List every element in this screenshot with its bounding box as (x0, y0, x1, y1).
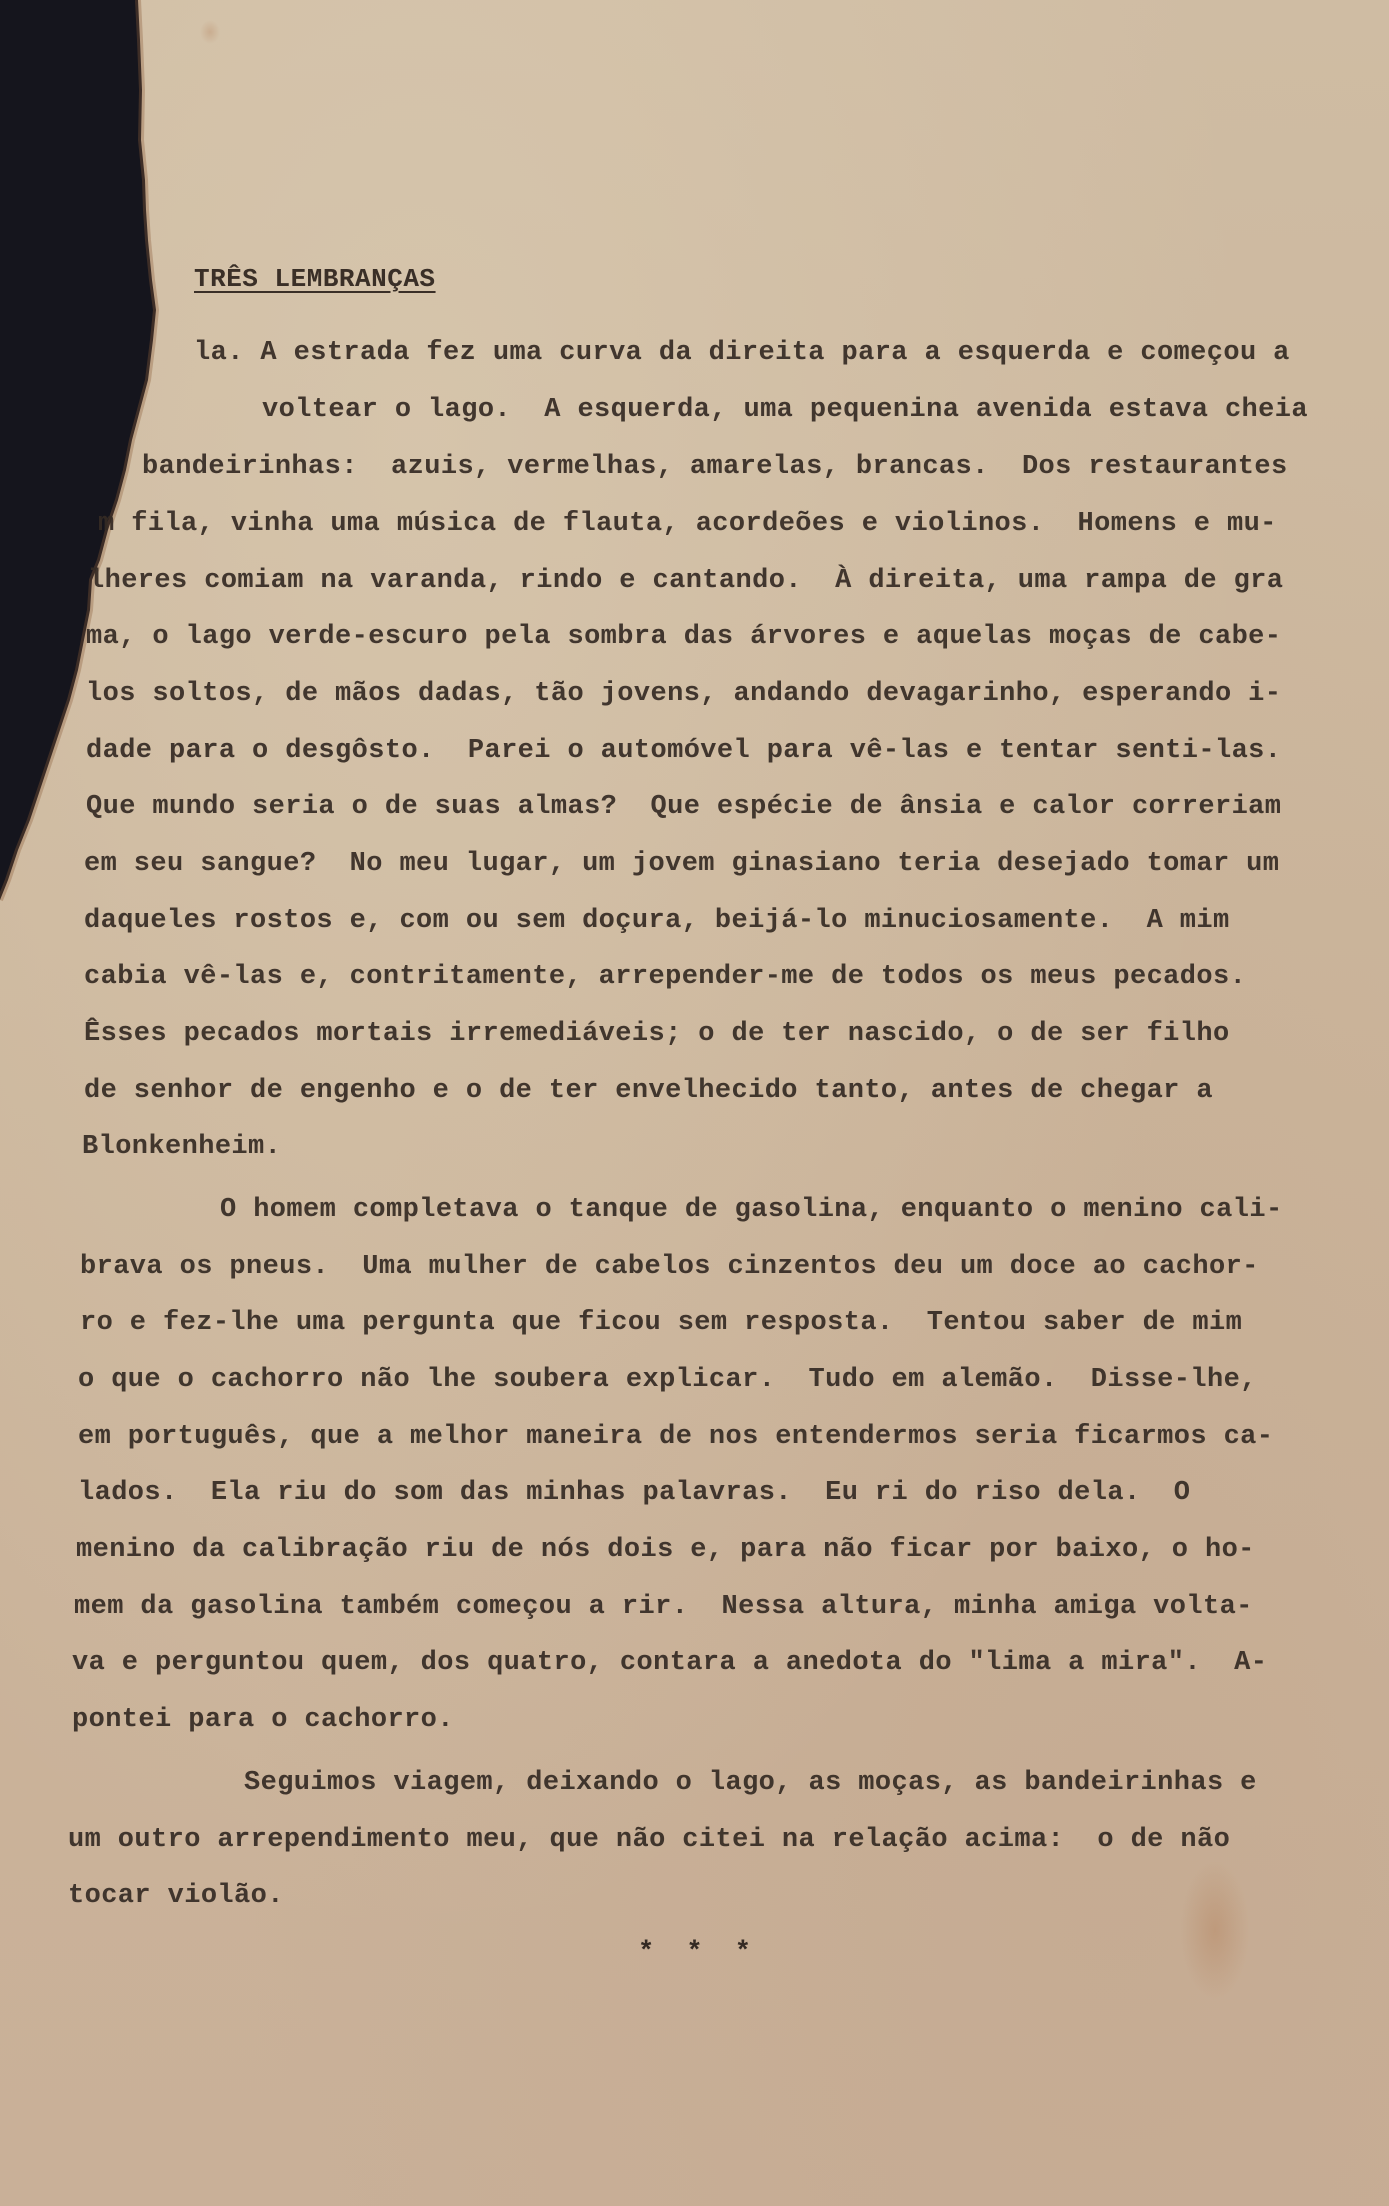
text-line: Que mundo seria o de suas almas? Que esp… (86, 792, 1281, 822)
text-line: voltear o lago. A esquerda, uma pequenin… (262, 395, 1308, 425)
document-body: TRÊS LEMBRANÇAS la. A estrada fez uma cu… (0, 0, 1389, 2206)
text-line: la. A estrada fez uma curva da direita p… (194, 338, 1290, 368)
text-line: um outro arrependimento meu, que não cit… (68, 1825, 1230, 1855)
text-line: o que o cachorro não lhe soubera explica… (78, 1365, 1257, 1395)
text-line: pontei para o cachorro. (72, 1705, 454, 1735)
text-line: lados. Ela riu do som das minhas palavra… (78, 1478, 1190, 1508)
text-line: daqueles rostos e, com ou sem doçura, be… (84, 906, 1230, 936)
text-line: ma, o lago verde-escuro pela sombra das … (86, 622, 1281, 652)
text-line: Seguimos viagem, deixando o lago, as moç… (244, 1768, 1257, 1798)
text-line: bandeirinhas: azuis, vermelhas, amarelas… (142, 452, 1288, 482)
text-line: em seu sangue? No meu lugar, um jovem gi… (84, 849, 1279, 879)
text-line: dade para o desgôsto. Parei o automóvel … (86, 736, 1281, 766)
text-line: m fila, vinha uma música de flauta, acor… (98, 509, 1277, 539)
text-line: brava os pneus. Uma mulher de cabelos ci… (80, 1252, 1259, 1282)
text-line: los soltos, de mãos dadas, tão jovens, a… (86, 679, 1281, 709)
text-line: va e perguntou quem, dos quatro, contara… (72, 1648, 1267, 1678)
section-break: * * * (638, 1938, 759, 1968)
text-line: em português, que a melhor maneira de no… (78, 1422, 1273, 1452)
text-line: menino da calibração riu de nós dois e, … (76, 1535, 1255, 1565)
text-line: ro e fez-lhe uma pergunta que ficou sem … (80, 1308, 1242, 1338)
text-line: mem da gasolina também começou a rir. Ne… (74, 1592, 1253, 1622)
text-line: de senhor de engenho e o de ter envelhec… (84, 1076, 1213, 1106)
text-line: cabia vê-las e, contritamente, arrepende… (84, 962, 1246, 992)
text-line: O homem completava o tanque de gasolina,… (220, 1195, 1283, 1225)
document-title: TRÊS LEMBRANÇAS (194, 264, 436, 294)
text-line: lheres comiam na varanda, rindo e cantan… (88, 566, 1283, 596)
text-line: tocar violão. (68, 1881, 284, 1911)
text-line: Êsses pecados mortais irremediáveis; o d… (84, 1019, 1230, 1049)
text-line: Blonkenheim. (82, 1132, 281, 1162)
